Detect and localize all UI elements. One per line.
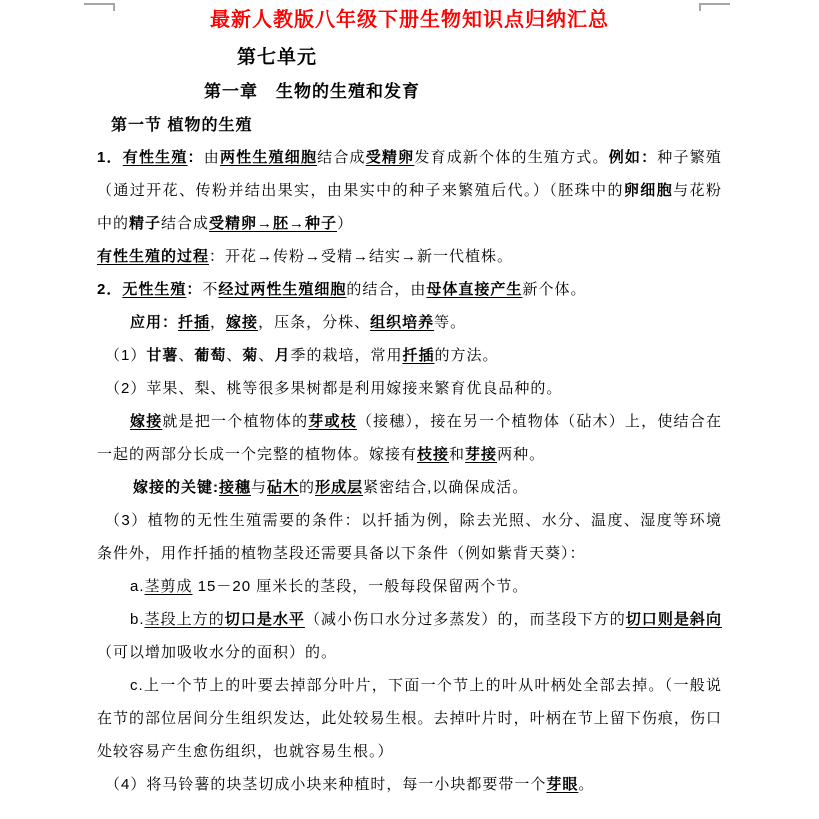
text-run: 季的栽培，常用: [290, 347, 402, 364]
text-run: 第七单元: [237, 47, 317, 68]
text-run: ：开花→传粉→受精→结实→新一代植株。: [209, 248, 513, 265]
text-run: b.: [130, 611, 145, 628]
text-run: 两种。: [497, 446, 545, 463]
text-run: 不: [202, 281, 218, 298]
text-run: 切口是水平: [225, 611, 305, 628]
text-run: 15－20 厘米长的茎段，一般每段保留两个节。: [193, 578, 529, 595]
text-run: 例如：: [609, 149, 658, 166]
text-run: 2．: [97, 281, 122, 298]
text-run: 应用：: [130, 314, 178, 331]
section-heading: 第一节 植物的生殖: [111, 115, 722, 136]
text-run: 无性生殖: [122, 281, 186, 298]
text-run: 由: [204, 149, 220, 166]
text-run: 砧木: [267, 479, 299, 496]
text-run: 的方法。: [434, 347, 498, 364]
text-run: c.上一个节上的叶要去掉部分叶片，下面一个节上的叶从叶柄处全部去掉。（一般说在节…: [97, 677, 722, 760]
paragraph: 嫁接的关键:接穗与砧木的形成层紧密结合,以确保成活。: [97, 471, 722, 504]
text-run: 受精卵→胚→种子: [209, 215, 337, 232]
text-run: 枝接: [417, 446, 449, 463]
text-run: 扦插: [178, 314, 210, 331]
text-run: 、: [226, 347, 242, 364]
text-run: 切口则是斜向: [626, 611, 722, 628]
text-run: 、: [178, 347, 194, 364]
text-run: 等。: [434, 314, 466, 331]
text-run: 就是把一个植物体的: [162, 413, 308, 430]
text-run: 菊: [242, 347, 258, 364]
text-run: （4）将马铃薯的块茎切成小块来种植时，每一小块都要带一个: [105, 776, 546, 793]
text-run: 与: [251, 479, 267, 496]
text-run: 的: [299, 479, 315, 496]
text-run: 月: [274, 347, 290, 364]
text-run: 芽或枝: [308, 413, 357, 430]
text-run: 的结合，由: [346, 281, 426, 298]
text-run: 结合成: [161, 215, 209, 232]
text-run: 、: [258, 347, 274, 364]
paragraph: 嫁接就是把一个植物体的芽或枝（接穗），接在另一个植物体（砧木）上，使结合在一起的…: [97, 405, 722, 471]
text-run: 紧密结合,以确保成活。: [363, 479, 528, 496]
text-run: 茎剪成: [145, 578, 193, 595]
text-run: 第一节 植物的生殖: [111, 117, 252, 134]
text-run: 有性生殖: [123, 149, 188, 166]
text-run: ，压条，分株、: [258, 314, 370, 331]
text-run: 发育成新个体的生殖方式。: [414, 149, 608, 166]
paragraph: 1．有性生殖：由两性生殖细胞结合成受精卵发育成新个体的生殖方式。例如：种子繁殖（…: [97, 141, 722, 240]
text-run: 有性生殖的过程: [97, 248, 209, 265]
paragraph: （3）植物的无性生殖需要的条件：以扦插为例，除去光照、水分、温度、湿度等环境条件…: [97, 504, 722, 570]
document-page: 最新人教版八年级下册生物知识点归纳汇总第七单元第一章 生物的生殖和发育第一节 植…: [0, 0, 819, 819]
text-run: 和: [449, 446, 465, 463]
text-run: ，: [210, 314, 226, 331]
text-run: 芽眼: [546, 776, 578, 793]
paragraph: 应用：扦插，嫁接，压条，分株、组织培养等。: [97, 306, 722, 339]
text-run: 形成层: [315, 479, 363, 496]
text-run: 受精卵: [366, 149, 415, 166]
paragraph: （2）苹果、梨、桃等很多果树都是利用嫁接来繁育优良品种的。: [97, 372, 722, 405]
text-run: 经过两性生殖细胞: [218, 281, 346, 298]
text-run: ）: [337, 215, 353, 232]
unit-heading: 第七单元: [237, 46, 722, 70]
paragraph: （1）甘薯、葡萄、菊、月季的栽培，常用扦插的方法。: [97, 339, 722, 372]
text-run: 嫁接: [226, 314, 258, 331]
document-body: 最新人教版八年级下册生物知识点归纳汇总第七单元第一章 生物的生殖和发育第一节 植…: [97, 0, 722, 801]
text-run: （2）苹果、梨、桃等很多果树都是利用嫁接来繁育优良品种的。: [105, 380, 562, 397]
text-run: 芽接: [465, 446, 497, 463]
text-run: 新个体。: [522, 281, 586, 298]
chapter-heading: 第一章 生物的生殖和发育: [204, 81, 722, 103]
text-run: ：: [188, 149, 204, 166]
text-run: （3）植物的无性生殖需要的条件：以扦插为例，除去光照、水分、温度、湿度等环境条件…: [97, 512, 722, 562]
text-run: 嫁接的关键:: [133, 479, 219, 496]
text-run: 葡萄: [194, 347, 226, 364]
paragraph: b.茎段上方的切口是水平（减小伤口水分过多蒸发）的，而茎段下方的切口则是斜向（可…: [97, 603, 722, 669]
paragraph: c.上一个节上的叶要去掉部分叶片，下面一个节上的叶从叶柄处全部去掉。（一般说在节…: [97, 669, 722, 768]
paragraph: （4）将马铃薯的块茎切成小块来种植时，每一小块都要带一个芽眼。: [97, 768, 722, 801]
text-run: 扦插: [402, 347, 434, 364]
doc-title: 最新人教版八年级下册生物知识点归纳汇总: [97, 7, 722, 33]
text-run: ：: [186, 281, 202, 298]
text-run: （可以增加吸收水分的面积）的。: [97, 644, 337, 661]
text-run: （1）: [105, 347, 146, 364]
text-run: 母体直接产生: [426, 281, 522, 298]
text-run: 最新人教版八年级下册生物知识点归纳汇总: [210, 9, 609, 31]
text-run: 甘薯: [146, 347, 178, 364]
text-run: 1．: [97, 149, 123, 166]
text-run: 精子: [129, 215, 161, 232]
paragraph: a.茎剪成 15－20 厘米长的茎段，一般每段保留两个节。: [97, 570, 722, 603]
text-run: 第一章 生物的生殖和发育: [204, 82, 420, 101]
text-run: 卵细胞: [624, 182, 673, 199]
text-run: （减小伤口水分过多蒸发）的，而茎段下方的: [305, 611, 626, 628]
paragraph: 2．无性生殖：不经过两性生殖细胞的结合，由母体直接产生新个体。: [97, 273, 722, 306]
text-run: 。: [578, 776, 594, 793]
text-run: 茎段上方的: [145, 611, 225, 628]
text-run: 接穗: [219, 479, 251, 496]
text-run: 结合成: [317, 149, 366, 166]
paragraph: 有性生殖的过程：开花→传粉→受精→结实→新一代植株。: [97, 240, 722, 273]
text-run: 嫁接: [130, 413, 162, 430]
text-run: 两性生殖细胞: [220, 149, 317, 166]
text-run: 组织培养: [370, 314, 434, 331]
text-run: a.: [130, 578, 145, 595]
